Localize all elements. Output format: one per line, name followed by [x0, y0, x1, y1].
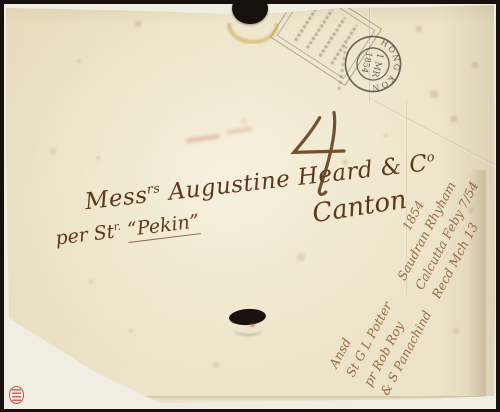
docket-answered-column: Ansd St G L Potter pr Rob Roy & S Panach…	[324, 280, 436, 399]
docket-block: Ansd St G L Potter pr Rob Roy & S Panach…	[324, 195, 482, 399]
collector-chop-pattern	[12, 389, 21, 401]
foxing-spots	[0, 0, 2, 2]
faint-red-transit-mark	[186, 134, 220, 144]
ship-note-prefix: per St	[54, 221, 115, 250]
seal-residue-bottom	[233, 322, 263, 336]
faint-red-transit-mark	[226, 126, 252, 135]
ship-route-note: per Str. “Pekin”	[54, 210, 200, 249]
photographed-letter-cover: HONG KONG 1 MR 1854 Messrs Augustine Hea…	[0, 0, 500, 412]
ship-note-superscript: r.	[113, 220, 122, 233]
seal-wax-speck	[250, 323, 255, 327]
ship-name: “Pekin”	[126, 210, 201, 243]
address-salutation: Mess	[84, 182, 149, 215]
collector-chop	[9, 386, 24, 404]
letter-paper: HONG KONG 1 MR 1854 Messrs Augustine Hea…	[0, 0, 500, 412]
